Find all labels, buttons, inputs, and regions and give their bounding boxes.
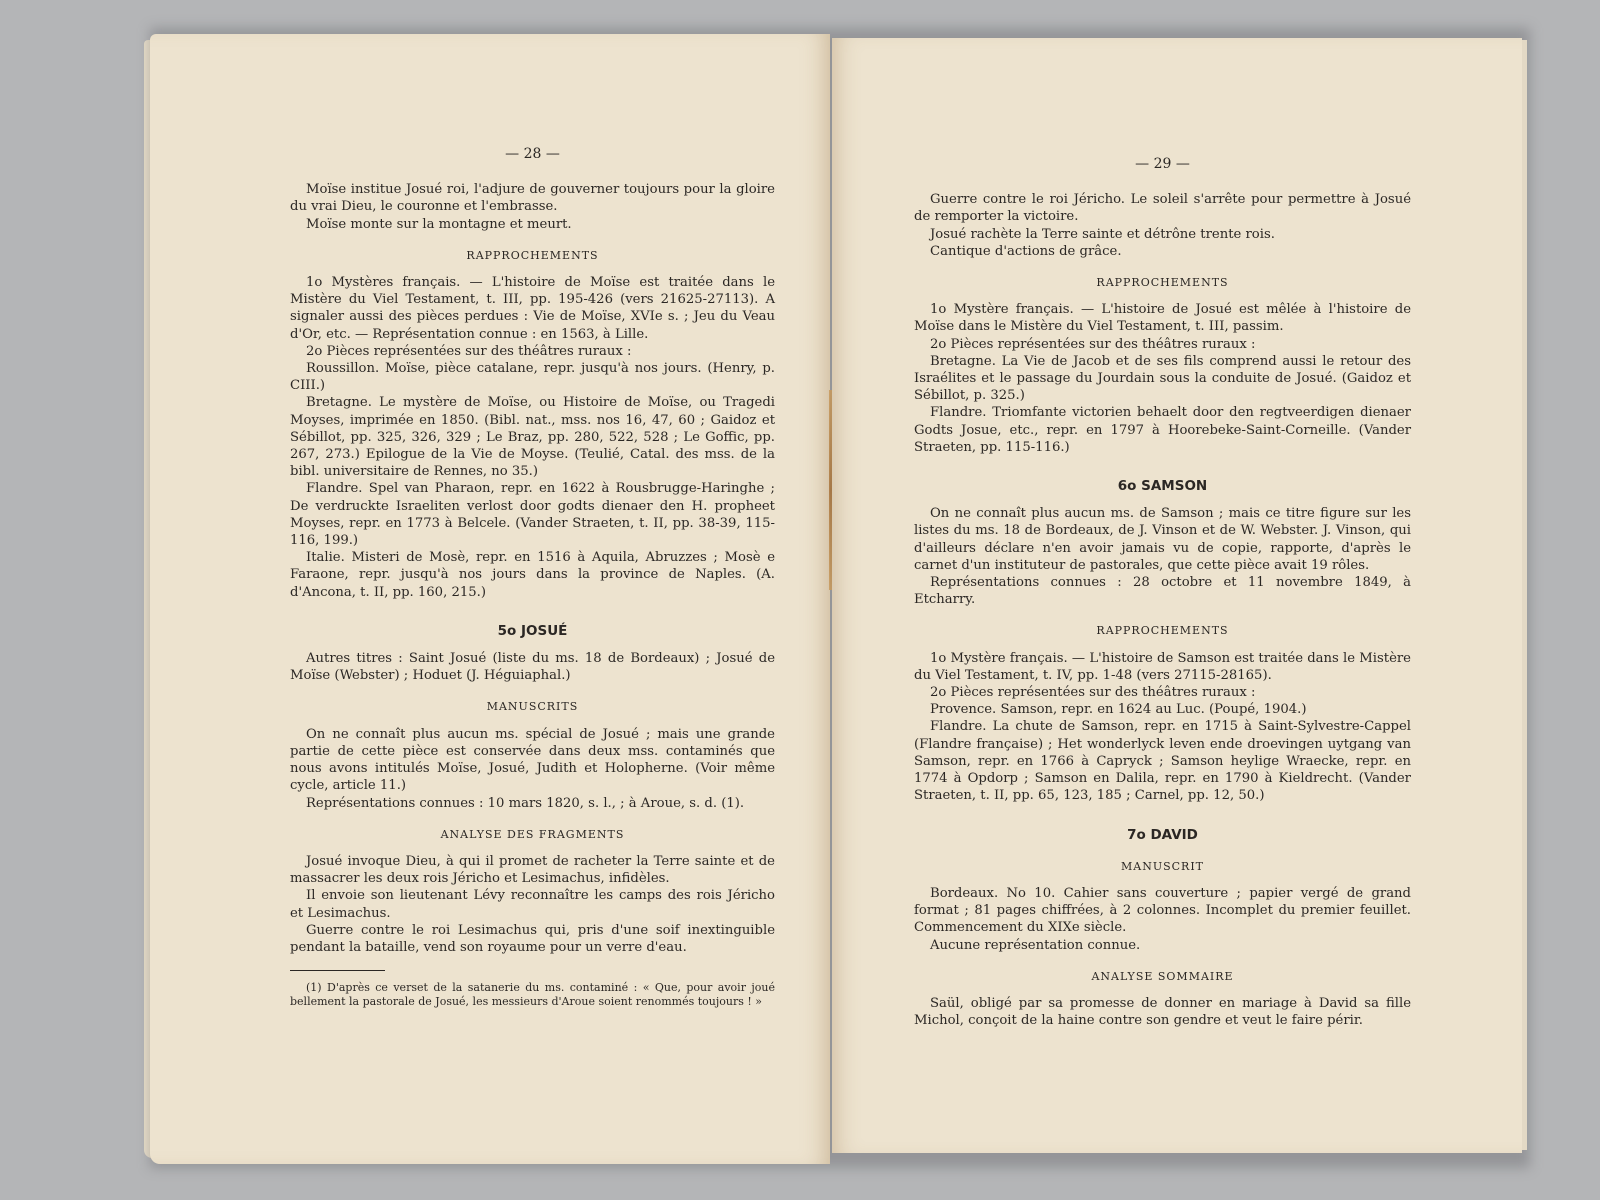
paragraph: 1o Mystère français. — L'histoire de Jos… — [914, 301, 1411, 335]
paragraph: Cantique d'actions de grâce. — [914, 243, 1411, 260]
left-page-edge — [144, 40, 164, 1158]
paragraph: On ne connaît plus aucun ms. de Samson ;… — [914, 505, 1411, 574]
page-number: — 29 — — [914, 156, 1411, 173]
section-title: 5o JOSUÉ — [290, 623, 775, 640]
paragraph: Guerre contre le roi Lesimachus qui, pri… — [290, 922, 775, 956]
right-page-content: — 29 — Guerre contre le roi Jéricho. Le … — [914, 156, 1411, 1029]
paragraph: Saül, obligé par sa promesse de donner e… — [914, 995, 1411, 1029]
paragraph: Flandre. Triomfante victorien behaelt do… — [914, 404, 1411, 456]
section-subheading: ANALYSE DES FRAGMENTS — [290, 826, 775, 843]
paragraph: 1o Mystères français. — L'histoire de Mo… — [290, 274, 775, 343]
paragraph: Provence. Samson, repr. en 1624 au Luc. … — [914, 701, 1411, 718]
paragraph: Aucune représentation connue. — [914, 937, 1411, 954]
paragraph: Italie. Misteri de Mosè, repr. en 1516 à… — [290, 549, 775, 601]
paragraph: Représentations connues : 28 octobre et … — [914, 574, 1411, 608]
section-subheading: RAPPROCHEMENTS — [914, 274, 1411, 291]
paragraph: 2o Pièces représentées sur des théâtres … — [914, 684, 1411, 701]
paragraph: Bordeaux. No 10. Cahier sans couverture … — [914, 885, 1411, 937]
paragraph: 2o Pièces représentées sur des théâtres … — [290, 343, 775, 360]
paragraph: Autres titres : Saint Josué (liste du ms… — [290, 650, 775, 684]
left-page: — 28 — Moïse institue Josué roi, l'adjur… — [150, 34, 830, 1164]
paragraph: Josué rachète la Terre sainte et détrône… — [914, 226, 1411, 243]
page-number: — 28 — — [290, 146, 775, 163]
paragraph: Flandre. La chute de Samson, repr. en 17… — [914, 718, 1411, 804]
paragraph: Bretagne. La Vie de Jacob et de ses fils… — [914, 353, 1411, 405]
paragraph: Il envoie son lieutenant Lévy reconnaîtr… — [290, 887, 775, 921]
section-subheading: RAPPROCHEMENTS — [914, 622, 1411, 639]
paragraph: Guerre contre le roi Jéricho. Le soleil … — [914, 191, 1411, 225]
section-title: 7o DAVID — [914, 827, 1411, 844]
paragraph: Flandre. Spel van Pharaon, repr. en 1622… — [290, 480, 775, 549]
paragraph: Représentations connues : 10 mars 1820, … — [290, 795, 775, 812]
paragraph: 2o Pièces représentées sur des théâtres … — [914, 336, 1411, 353]
paragraph: Moïse monte sur la montagne et meurt. — [290, 216, 775, 233]
section-subheading: RAPPROCHEMENTS — [290, 247, 775, 264]
left-page-content: — 28 — Moïse institue Josué roi, l'adjur… — [290, 146, 775, 1009]
paragraph: Moïse institue Josué roi, l'adjure de go… — [290, 181, 775, 215]
section-subheading: MANUSCRIT — [914, 858, 1411, 875]
paragraph: Bretagne. Le mystère de Moïse, ou Histoi… — [290, 394, 775, 480]
paragraph: 1o Mystère français. — L'histoire de Sam… — [914, 650, 1411, 684]
paragraph: Josué invoque Dieu, à qui il promet de r… — [290, 853, 775, 887]
section-subheading: ANALYSE SOMMAIRE — [914, 968, 1411, 985]
footnote: (1) D'après ce verset de la satanerie du… — [290, 981, 775, 1009]
paragraph: On ne connaît plus aucun ms. spécial de … — [290, 726, 775, 795]
section-subheading: MANUSCRITS — [290, 698, 775, 715]
footnote-rule — [290, 970, 385, 971]
section-title: 6o SAMSON — [914, 478, 1411, 495]
right-page: — 29 — Guerre contre le roi Jéricho. Le … — [832, 38, 1522, 1153]
paragraph: Roussillon. Moïse, pièce catalane, repr.… — [290, 360, 775, 394]
